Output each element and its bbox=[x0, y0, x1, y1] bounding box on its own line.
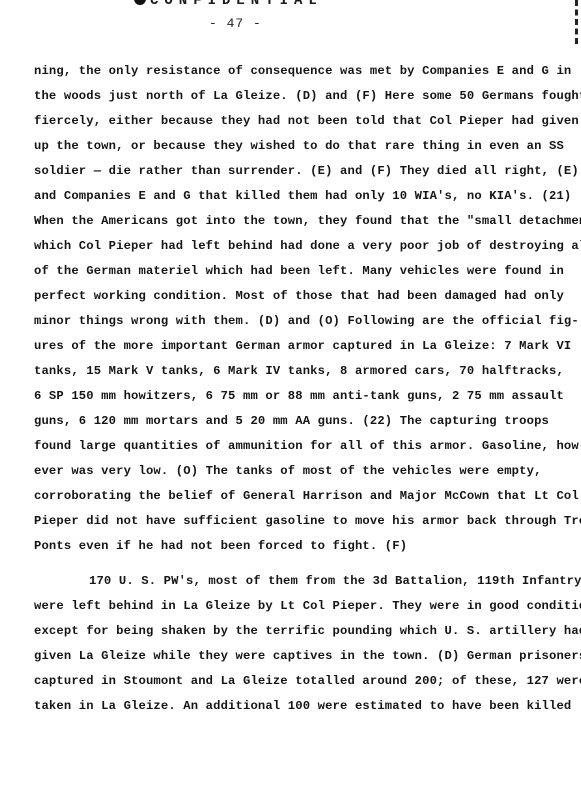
stamp-text: CONFIDENTIAL bbox=[150, 0, 323, 5]
text-line: taken in La Gleize. An additional 100 we… bbox=[34, 699, 571, 713]
text-line: When the Americans got into the town, th… bbox=[34, 214, 581, 228]
text-line: were left behind in La Gleize by Lt Col … bbox=[34, 599, 581, 613]
text-line: which Col Pieper had left behind had don… bbox=[34, 239, 581, 253]
text-line: 6 SP 150 mm howitzers, 6 75 mm or 88 mm … bbox=[34, 389, 564, 403]
text-line: captured in Stoumont and La Gleize total… bbox=[34, 674, 581, 688]
text-line: and Companies E and G that killed them h… bbox=[34, 189, 571, 203]
text-line: Pieper did not have sufficient gasoline … bbox=[34, 514, 581, 528]
text-line: guns, 6 120 mm mortars and 5 20 mm AA gu… bbox=[34, 414, 549, 428]
text-line: up the town, or because they wished to d… bbox=[34, 139, 564, 153]
text-line: fiercely, either because they had not be… bbox=[34, 114, 579, 128]
text-line: tanks, 15 Mark V tanks, 6 Mark IV tanks,… bbox=[34, 364, 564, 378]
text-line: 170 U. S. PW's, most of them from the 3d… bbox=[89, 574, 581, 588]
text-line: soldier — die rather than surrender. (E)… bbox=[34, 164, 579, 178]
text-line: of the German materiel which had been le… bbox=[34, 264, 564, 278]
text-line: except for being shaken by the terrific … bbox=[34, 624, 581, 638]
confidential-stamp: CONFIDENTIAL bbox=[134, 0, 334, 5]
text-line: minor things wrong with them. (D) and (O… bbox=[34, 314, 579, 328]
text-line: found large quantities of ammunition for… bbox=[34, 439, 581, 453]
text-line: ning, the only resistance of consequence… bbox=[34, 64, 571, 78]
text-line: given La Gleize while they were captives… bbox=[34, 649, 581, 663]
text-line: corroborating the belief of General Harr… bbox=[34, 489, 579, 503]
text-line: Ponts even if he had not been forced to … bbox=[34, 539, 407, 553]
text-line: ever was very low. (O) The tanks of most… bbox=[34, 464, 542, 478]
text-line: ures of the more important German armor … bbox=[34, 339, 571, 353]
page-number: - 47 - bbox=[209, 16, 262, 31]
margin-binding-mark bbox=[575, 0, 581, 44]
stamp-bullet-icon bbox=[134, 0, 146, 5]
text-line: the woods just north of La Gleize. (D) a… bbox=[34, 89, 581, 103]
text-line: perfect working condition. Most of those… bbox=[34, 289, 564, 303]
